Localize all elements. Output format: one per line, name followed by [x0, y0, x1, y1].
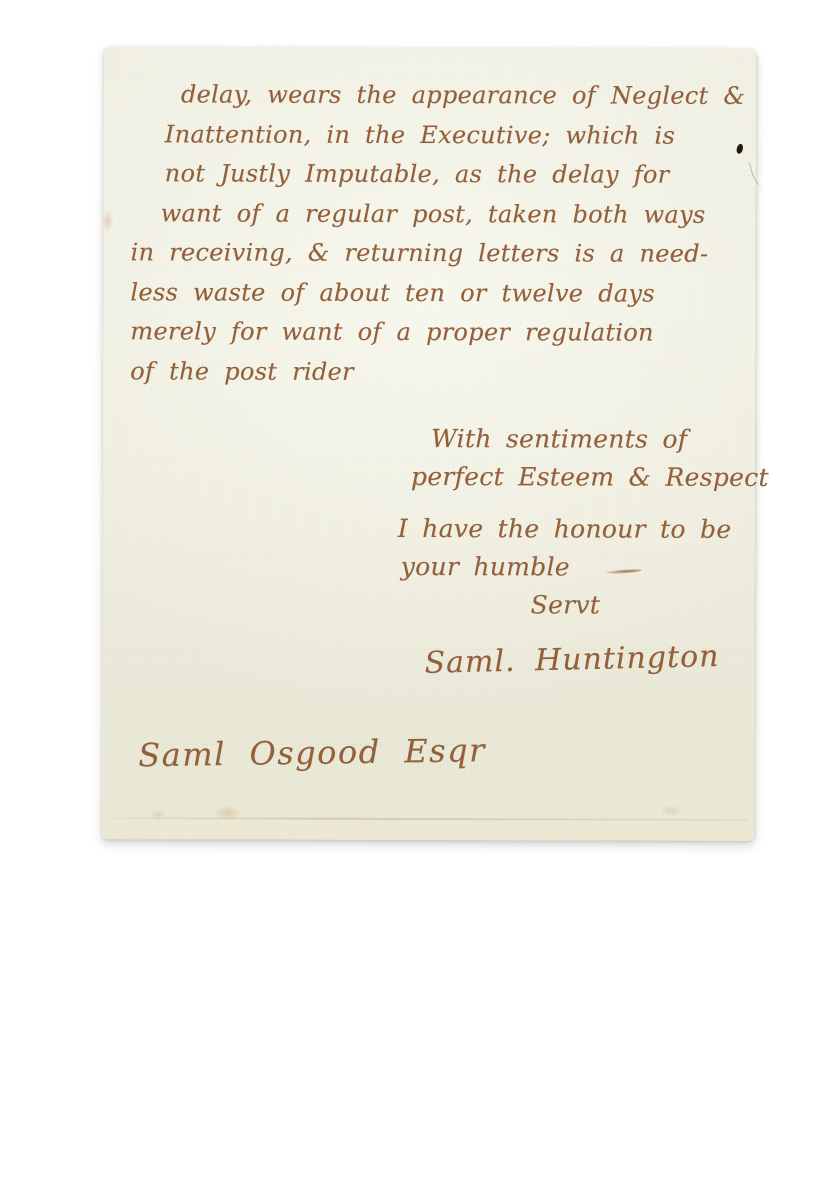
- handwritten-line-8: of the post rider: [130, 352, 730, 393]
- handwritten-line-3: not Justly Imputable, as the delay for: [165, 154, 731, 195]
- closing-line-3: I have the honour to be: [398, 510, 769, 549]
- closing-line-2: perfect Esteem & Respect: [411, 458, 769, 497]
- handwritten-line-6: less waste of about ten or twelve days: [130, 273, 730, 314]
- handwritten-line-4: want of a regular post, taken both ways: [161, 194, 731, 235]
- handwritten-line-1: delay, wears the appearance of Neglect &: [181, 75, 731, 116]
- handwritten-line-2: Inattention, in the Executive; which is: [165, 115, 731, 156]
- addressee: Saml Osgood Esqr: [138, 731, 486, 774]
- letter-closing: With sentiments of perfect Esteem & Resp…: [353, 420, 769, 625]
- closing-line-4: your humble: [401, 548, 769, 587]
- manuscript-page: delay, wears the appearance of Neglect &…: [102, 47, 756, 841]
- stain: [214, 805, 242, 820]
- handwritten-line-5: in receiving, & returning letters is a n…: [130, 233, 730, 274]
- photo-background: delay, wears the appearance of Neglect &…: [0, 0, 819, 1197]
- stain: [660, 805, 682, 817]
- signature: Saml. Huntington: [424, 639, 720, 681]
- stain: [102, 210, 114, 232]
- letter-body: delay, wears the appearance of Neglect &…: [130, 75, 731, 393]
- handwritten-line-7: merely for want of a proper regulation: [130, 312, 730, 353]
- ink-blot: [736, 143, 744, 154]
- closing-line-1: With sentiments of: [431, 420, 769, 459]
- fold-crease: [110, 817, 748, 821]
- stain: [150, 809, 166, 819]
- scratch-mark: [749, 160, 765, 188]
- closing-line-5: Servt: [531, 586, 769, 625]
